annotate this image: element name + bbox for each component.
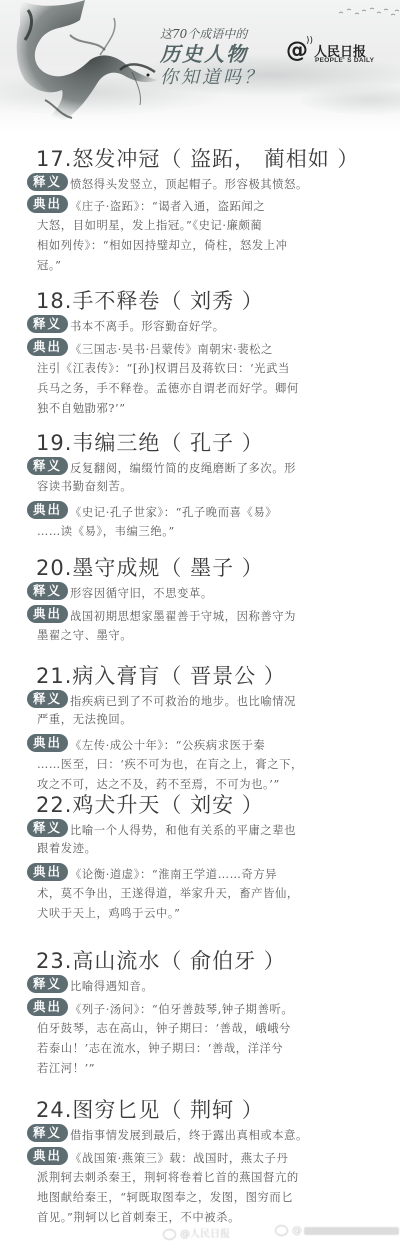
meaning-row: 释义借指事情发展到最后，终于露出真相或本意。: [27, 1124, 367, 1145]
source-text: 相如列传》：“相如因持璧却立，倚柱，怒发上冲: [37, 236, 377, 255]
watermark-text: @: [292, 1226, 302, 1237]
weibo-icon: [275, 1225, 288, 1236]
watermark-footer: @人民日报 @: [0, 1225, 400, 1245]
ink-mist: [300, 85, 400, 115]
meaning-badge: 释义: [27, 690, 68, 708]
banner-title-line1: 这70个成语中的: [160, 25, 280, 42]
meaning-badge: 释义: [27, 819, 68, 837]
source-text: 战国初期思想家墨翟善于守城，因称善守为: [70, 610, 296, 623]
meaning-text: 容读书勤奋刻苦。: [37, 477, 377, 496]
source-text: 独不自勉勖邪?’”: [37, 399, 377, 418]
source-badge: 典出: [27, 1147, 68, 1165]
source-badge: 典出: [27, 734, 68, 752]
idiom-heading: 24.图穷匕见（ 荆轲 ）: [36, 1097, 264, 1123]
source-text: 墨翟之守、墨守。: [37, 626, 377, 645]
source-text: 派荆轲去刺杀秦王，荆轲将卷着匕首的燕国督亢的: [37, 1168, 377, 1187]
source-row: 典出《列子·汤问》：“伯牙善鼓琴,钟子期善听。: [27, 998, 367, 1019]
meaning-text: 比喻得遇知音。: [70, 980, 153, 993]
source-text: 伯牙鼓琴，志在高山，钟子期曰：‘善哉，峨峨兮: [37, 1019, 377, 1038]
ink-dragon-illustration: [10, 0, 160, 128]
source-row: 典出《论衡·道虚》：“淮南王学道……奇方异: [27, 863, 367, 884]
source-text: 《三国志·吴书·吕蒙传》南朝宋·裴松之: [70, 343, 273, 356]
meaning-text: 比喻一个人得势，和他有关系的平庸之辈也: [70, 824, 296, 837]
source-text: 若泰山！’志在流水，钟子期曰：‘善哉，洋洋兮: [37, 1039, 377, 1058]
at-icon: @: [286, 40, 308, 62]
meaning-text: 书本不离手。形容勤奋好学。: [70, 320, 225, 333]
source-row: 典出《左传·成公十年》：“公疾病求医于秦: [27, 734, 367, 755]
meaning-text: 指疾病已到了不可救治的地步。也比喻情况: [70, 695, 296, 708]
banner-title-line3: 你知道吗？: [160, 66, 280, 90]
logo-name-en: PEOPLE' S DAILY: [315, 57, 374, 64]
header-banner: 这70个成语中的 历史人物 你知道吗？ @ )) 人民日报 PEOPLE' S …: [0, 0, 400, 132]
weibo-watermark: @: [275, 1225, 399, 1237]
source-text: ……医至，曰：‘疾不可为也，在肓之上，膏之下，: [37, 755, 377, 774]
meaning-badge: 释义: [27, 173, 68, 191]
source-row: 典出战国初期思想家墨翟善于守城，因称善守为: [27, 605, 367, 626]
meaning-badge: 释义: [27, 315, 68, 333]
peoples-daily-logo: @ )) 人民日报 PEOPLE' S DAILY: [284, 40, 394, 66]
source-text: 注引《江表传》：“[孙]权谓吕及蒋钦曰：‘光武当: [37, 359, 377, 378]
source-text: 冠。”: [37, 256, 377, 275]
weibo-watermark: @人民日报: [163, 1225, 230, 1240]
meaning-row: 释义指疾病已到了不可救治的地步。也比喻情况: [27, 690, 367, 711]
source-badge: 典出: [27, 998, 68, 1016]
meaning-row: 释义形容因循守旧，不思变革。: [27, 582, 367, 603]
meaning-row: 释义比喻得遇知音。: [27, 975, 367, 996]
idiom-heading: 21.病入膏肓（ 晋景公 ）: [36, 663, 286, 689]
source-row: 典出《三国志·吴书·吕蒙传》南朝宋·裴松之: [27, 338, 367, 359]
idiom-heading: 19.韦编三绝（ 孔子 ）: [36, 430, 264, 456]
source-text: 《史记·孔子世家》：“孔子晚而喜《易》: [70, 506, 277, 519]
source-text: 兵马之务，手不释卷。孟德亦自谓老而好学。卿何: [37, 379, 377, 398]
meaning-row: 释义反复翻阅，编缀竹简的皮绳磨断了多次。形: [27, 457, 367, 478]
idiom-heading: 17.怒发冲冠（ 盗跖， 蔺相如 ）: [36, 146, 359, 172]
meaning-text: 反复翻阅，编缀竹简的皮绳磨断了多次。形: [70, 462, 296, 475]
weibo-icon: [163, 1229, 176, 1240]
source-text: 《左传·成公十年》：“公疾病求医于秦: [70, 739, 265, 752]
meaning-text: 严重，无法挽回。: [37, 710, 377, 729]
flying-birds-icon: [335, 6, 400, 20]
idiom-heading: 20.墨守成规（ 墨子 ）: [36, 555, 264, 581]
banner-title-line2: 历史人物: [160, 42, 280, 66]
meaning-badge: 释义: [27, 1124, 68, 1142]
meaning-text: 借指事情发展到最后，终于露出真相或本意。: [70, 1129, 308, 1142]
meaning-row: 释义愤怒得头发竖立，顶起帽子。形容极其愤怒。: [27, 173, 367, 194]
source-text: 若江河！’”: [37, 1059, 377, 1078]
signal-waves-icon: )): [306, 36, 313, 46]
source-row: 典出《史记·孔子世家》：“孔子晚而喜《易》: [27, 501, 367, 522]
meaning-text: 形容因循守旧，不思变革。: [70, 587, 213, 600]
source-badge: 典出: [27, 605, 68, 623]
idiom-heading: 18.手不释卷（ 刘秀 ）: [36, 288, 264, 314]
source-text: 《列子·汤问》：“伯牙善鼓琴,钟子期善听。: [70, 1003, 293, 1016]
source-badge: 典出: [27, 338, 68, 356]
source-badge: 典出: [27, 863, 68, 881]
meaning-badge: 释义: [27, 975, 68, 993]
meaning-row: 释义比喻一个人得势，和他有关系的平庸之辈也: [27, 819, 367, 840]
source-text: 地图献给秦王，“轲既取图奉之，发图，图穷而匕: [37, 1188, 377, 1207]
idiom-heading: 22.鸡犬升天（ 刘安 ）: [36, 792, 264, 818]
meaning-badge: 释义: [27, 457, 68, 475]
source-row: 典出《庄子·盗跖》：“谒者入通，盗跖闻之: [27, 195, 367, 216]
source-text: ……读《易》，韦编三绝。”: [37, 522, 377, 541]
meaning-badge: 释义: [27, 582, 68, 600]
blurred-watermark-text: [304, 1227, 399, 1235]
watermark-text: @人民日报: [180, 1229, 230, 1240]
source-text: 《战国策·燕策三》载：战国时，燕太子丹: [70, 1152, 288, 1165]
meaning-row: 释义书本不离手。形容勤奋好学。: [27, 315, 367, 336]
source-badge: 典出: [27, 501, 68, 519]
source-text: 犬吠于天上，鸡鸣于云中。”: [37, 904, 377, 923]
idiom-heading: 23.高山流水（ 俞伯牙 ）: [36, 948, 286, 974]
meaning-text: 跟着发迹。: [37, 839, 377, 858]
source-text: 《庄子·盗跖》：“谒者入通，盗跖闻之: [70, 200, 265, 213]
meaning-text: 愤怒得头发竖立，顶起帽子。形容极其愤怒。: [70, 178, 308, 191]
source-badge: 典出: [27, 195, 68, 213]
source-text: 大怒，目如明星，发上指冠。”《史记·廉颇蔺: [37, 216, 377, 235]
banner-title: 这70个成语中的 历史人物 你知道吗？: [160, 25, 280, 90]
source-row: 典出《战国策·燕策三》载：战国时，燕太子丹: [27, 1147, 367, 1168]
source-text: 《论衡·道虚》：“淮南王学道……奇方异: [70, 868, 277, 881]
source-text: 术，莫不争出，王遂得道，举家升天，畜产皆仙，: [37, 884, 377, 903]
